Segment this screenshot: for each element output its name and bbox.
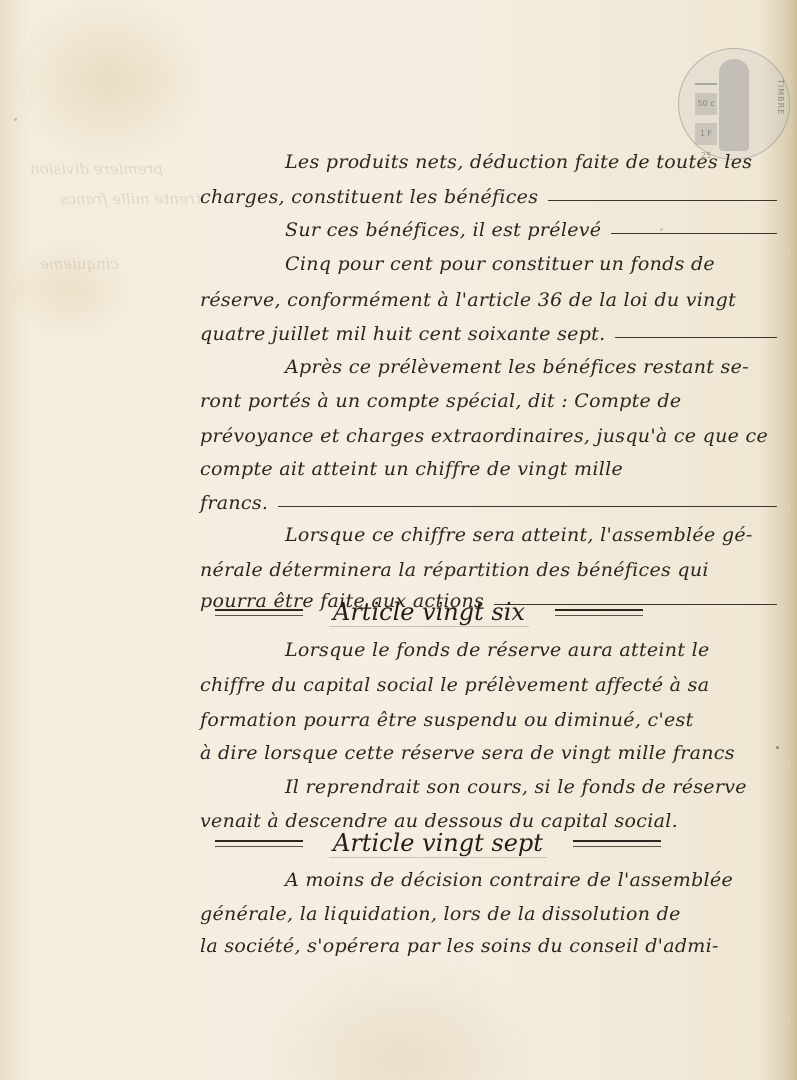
line-filler-rule	[615, 337, 777, 338]
text-line: formation pourra être suspendu ou diminu…	[200, 695, 785, 731]
text-line: Lorsque le fonds de réserve aura atteint…	[200, 625, 785, 661]
line-filler-rule	[278, 506, 777, 507]
article-title: Article vingt six	[329, 598, 529, 627]
line-filler-rule	[548, 200, 777, 201]
text-line: francs.	[200, 478, 785, 514]
text-line: Sur ces bénéfices, il est prélevé	[200, 205, 785, 241]
text-line: Lorsque ce chiffre sera atteint, l'assem…	[200, 510, 785, 546]
scales-icon	[695, 71, 717, 85]
text-line: A moins de décision contraire de l'assem…	[200, 855, 785, 891]
text-line: ront portés à un compte spécial, dit : C…	[200, 376, 785, 412]
heading-double-rule	[555, 609, 643, 616]
text-line: prévoyance et charges extraordinaires, j…	[200, 411, 785, 447]
text-line: chiffre du capital social le prélèvement…	[200, 660, 785, 696]
bleed-through-text: cinquieme	[40, 255, 119, 273]
text-line: Cinq pour cent pour constituer un fonds …	[200, 239, 785, 275]
stamp-value-top: 50 c	[695, 93, 717, 115]
ink-speck	[776, 746, 779, 749]
ink-speck	[660, 228, 663, 231]
heading-double-rule	[215, 840, 303, 847]
ink-speck	[14, 118, 17, 121]
text-line: Après ce prélèvement les bénéfices resta…	[200, 342, 785, 378]
manuscript-page: premiere division trente mille francs ci…	[0, 0, 797, 1080]
bleed-through-text: trente mille francs	[60, 190, 201, 208]
heading-double-rule	[573, 840, 661, 847]
bleed-through-text: premiere division	[30, 160, 163, 178]
text-line: quatre juillet mil huit cent soixante se…	[200, 309, 785, 345]
text-line: réserve, conformément à l'article 36 de …	[200, 275, 785, 311]
text-line: générale, la liquidation, lors de la dis…	[200, 889, 785, 925]
text-line: la société, s'opérera par les soins du c…	[200, 921, 785, 957]
article-title: Article vingt sept	[329, 829, 547, 858]
heading-double-rule	[215, 609, 303, 616]
text-line: charges, constituent les bénéfices	[200, 172, 785, 208]
text-line: à dire lorsque cette réserve sera de vin…	[200, 728, 785, 764]
stamp-ring-text: TIMBRE	[776, 79, 785, 115]
text-line: Les produits nets, déduction faite de to…	[200, 137, 785, 173]
text-line: Il reprendrait son cours, si le fonds de…	[200, 762, 785, 798]
text-line: compte ait atteint un chiffre de vingt m…	[200, 444, 785, 480]
line-filler-rule	[611, 233, 777, 234]
